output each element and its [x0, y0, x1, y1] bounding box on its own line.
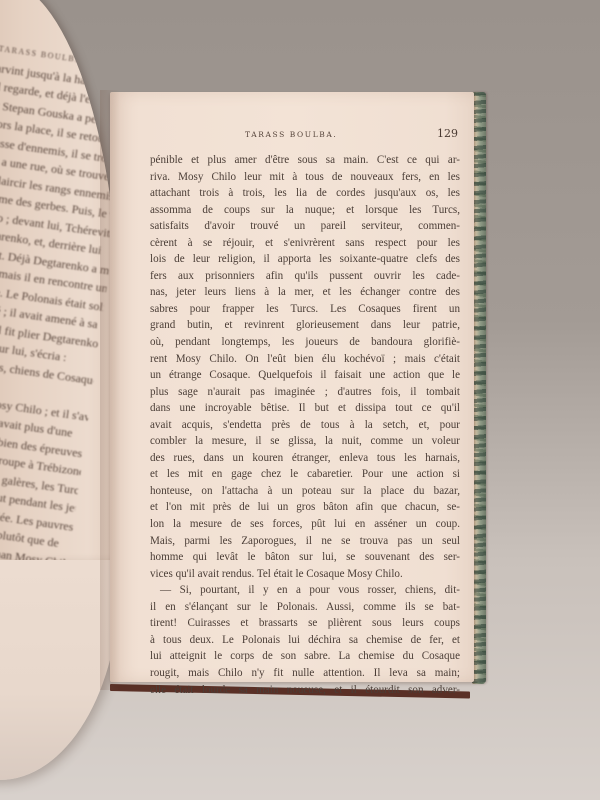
text-line: à tous deux. Le Polonais lui déchira sa …: [150, 632, 460, 649]
text-line: cèrent à se réjouir, et s'enivrèrent san…: [150, 235, 460, 252]
text-line: où, pendant longtemps, les joueurs de ba…: [150, 334, 460, 351]
text-line: avait acquis, s'endetta près de tous à l…: [150, 417, 460, 434]
text-line: et l'on mit près de lui un gros bâton af…: [150, 499, 460, 516]
text-line: Mais, parmi les Zaporogues, il ne se tro…: [150, 533, 460, 550]
book-photo-scene: TARASS BOULBA. arvint jusqu'à la haute I…: [0, 0, 600, 800]
text-line: combler la mesure, il se glissa, la nuit…: [150, 433, 460, 450]
right-page: TARASS BOULBA. 129 pénible et plus amer …: [110, 92, 474, 682]
text-line: fers aux prisonniers afin qu'ils pussent…: [150, 268, 460, 285]
text-line: assomma de coups sur la nuque; et lorsqu…: [150, 202, 460, 219]
text-line: pénible et plus amer d'être sous sa main…: [150, 152, 460, 169]
text-line: plus sage n'aurait pas imaginée ; d'autr…: [150, 384, 460, 401]
text-line: attachant trois à trois, les lia de cord…: [150, 185, 460, 202]
text-line: — Si, pourtant, il y en a pour vous ross…: [150, 582, 460, 599]
text-line: nas, jeter leurs liens à la mer, et les …: [150, 284, 460, 301]
page-body-text: pénible et plus amer d'être sous sa main…: [150, 152, 460, 698]
text-line: lui atteignit le corps de son sabre. La …: [150, 648, 460, 665]
running-head: TARASS BOULBA. 129: [110, 130, 474, 144]
text-line: homme qui levât le bâton sur lui, se sou…: [150, 549, 460, 566]
text-line: et les mit en gage chez le cabaretier. P…: [150, 466, 460, 483]
text-line: rent Mosy Chilo. On l'eût bien élu koché…: [150, 351, 460, 368]
text-line: dans une incroyable bêtise. Il but et di…: [150, 400, 460, 417]
text-line: des rues, dans un kouren étranger, enlev…: [150, 450, 460, 467]
text-line: elle était lourde sa main noueuse, et il…: [150, 682, 460, 699]
text-line: un étrange Cosaque. Quelquefois il faisa…: [150, 367, 460, 384]
page-number: 129: [437, 127, 458, 140]
text-line: riva. Mosy Chilo leur mit à tous de nouv…: [150, 169, 460, 186]
text-line: grand butin, et revinrent glorieusement …: [150, 317, 460, 334]
text-line: tirent! Cuirasses et brassarts se plière…: [150, 615, 460, 632]
text-line: il en s'élançant sur le Polonais. Aussi,…: [150, 599, 460, 616]
running-title: TARASS BOULBA.: [245, 130, 337, 139]
text-line: lon la mesure de ses forces, pût lui en …: [150, 516, 460, 533]
text-line: satisfaits d'avoir trouvé un pareil serv…: [150, 218, 460, 235]
text-line: lois de leur religion, il apporta les so…: [150, 251, 460, 268]
marbled-fore-edge: [472, 92, 486, 684]
text-line: vices qu'il avait rendus. Tel était le C…: [150, 566, 460, 583]
text-line: sabres pour frapper les Turcs. Les Cosaq…: [150, 301, 460, 318]
text-line: honteuse, on l'attacha à un poteau sur l…: [150, 483, 460, 500]
text-line: rougit, mais Chilo n'y fit nulle attenti…: [150, 665, 460, 682]
